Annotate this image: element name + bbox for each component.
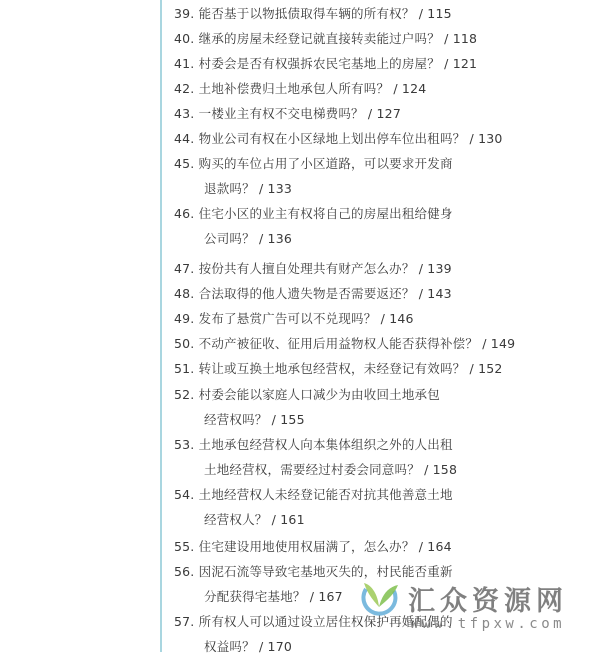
toc-entry-continuation: 土地经营权，需要经过村委会同意吗？ / 158 xyxy=(204,462,457,478)
toc-entry: 49. 发布了悬赏广告可以不兑现吗？ / 146 xyxy=(174,311,414,327)
table-of-contents: 39. 能否基于以物抵债取得车辆的所有权？ / 11540. 继承的房屋未经登记… xyxy=(160,0,582,652)
toc-entry-continuation: 退款吗？ / 133 xyxy=(204,181,292,197)
toc-entry: 50. 不动产被征收、征用后用益物权人能否获得补偿？ / 149 xyxy=(174,336,515,352)
toc-entry: 56. 因泥石流等导致宅基地灭失的，村民能否重新 xyxy=(174,564,453,580)
toc-entry: 48. 合法取得的他人遗失物是否需要返还？ / 143 xyxy=(174,286,452,302)
toc-entry: 47. 按份共有人擅自处理共有财产怎么办？ / 139 xyxy=(174,261,452,277)
toc-entry: 43. 一楼业主有权不交电梯费吗？ / 127 xyxy=(174,106,401,122)
toc-entry: 52. 村委会能以家庭人口减少为由收回土地承包 xyxy=(174,387,440,403)
toc-entry-continuation: 分配获得宅基地？ / 167 xyxy=(204,589,343,605)
toc-entry: 40. 继承的房屋未经登记就直接转卖能过户吗？ / 118 xyxy=(174,31,477,47)
toc-entry: 44. 物业公司有权在小区绿地上划出停车位出租吗？ / 130 xyxy=(174,131,503,147)
toc-entry: 54. 土地经营权人未经登记能否对抗其他善意土地 xyxy=(174,487,453,503)
toc-entry-continuation: 经营权人？ / 161 xyxy=(204,512,305,528)
toc-entry: 41. 村委会是否有权强拆农民宅基地上的房屋？ / 121 xyxy=(174,56,477,72)
toc-entry: 53. 土地承包经营权人向本集体组织之外的人出租 xyxy=(174,437,453,453)
toc-entry: 46. 住宅小区的业主有权将自己的房屋出租给健身 xyxy=(174,206,453,222)
toc-entry-continuation: 公司吗？ / 136 xyxy=(204,231,292,247)
toc-entry: 39. 能否基于以物抵债取得车辆的所有权？ / 115 xyxy=(174,6,452,22)
toc-entry: 45. 购买的车位占用了小区道路，可以要求开发商 xyxy=(174,156,453,172)
toc-entry: 51. 转让或互换土地承包经营权，未经登记有效吗？ / 152 xyxy=(174,361,503,377)
toc-entry-continuation: 经营权吗？ / 155 xyxy=(204,412,305,428)
toc-entry: 42. 土地补偿费归土地承包人所有吗？ / 124 xyxy=(174,81,426,97)
toc-entry-continuation: 权益吗？ / 170 xyxy=(204,639,292,655)
toc-entry: 55. 住宅建设用地使用权届满了，怎么办？ / 164 xyxy=(174,539,452,555)
toc-entry: 57. 所有权人可以通过设立居住权保护再婚配偶的 xyxy=(174,614,453,630)
